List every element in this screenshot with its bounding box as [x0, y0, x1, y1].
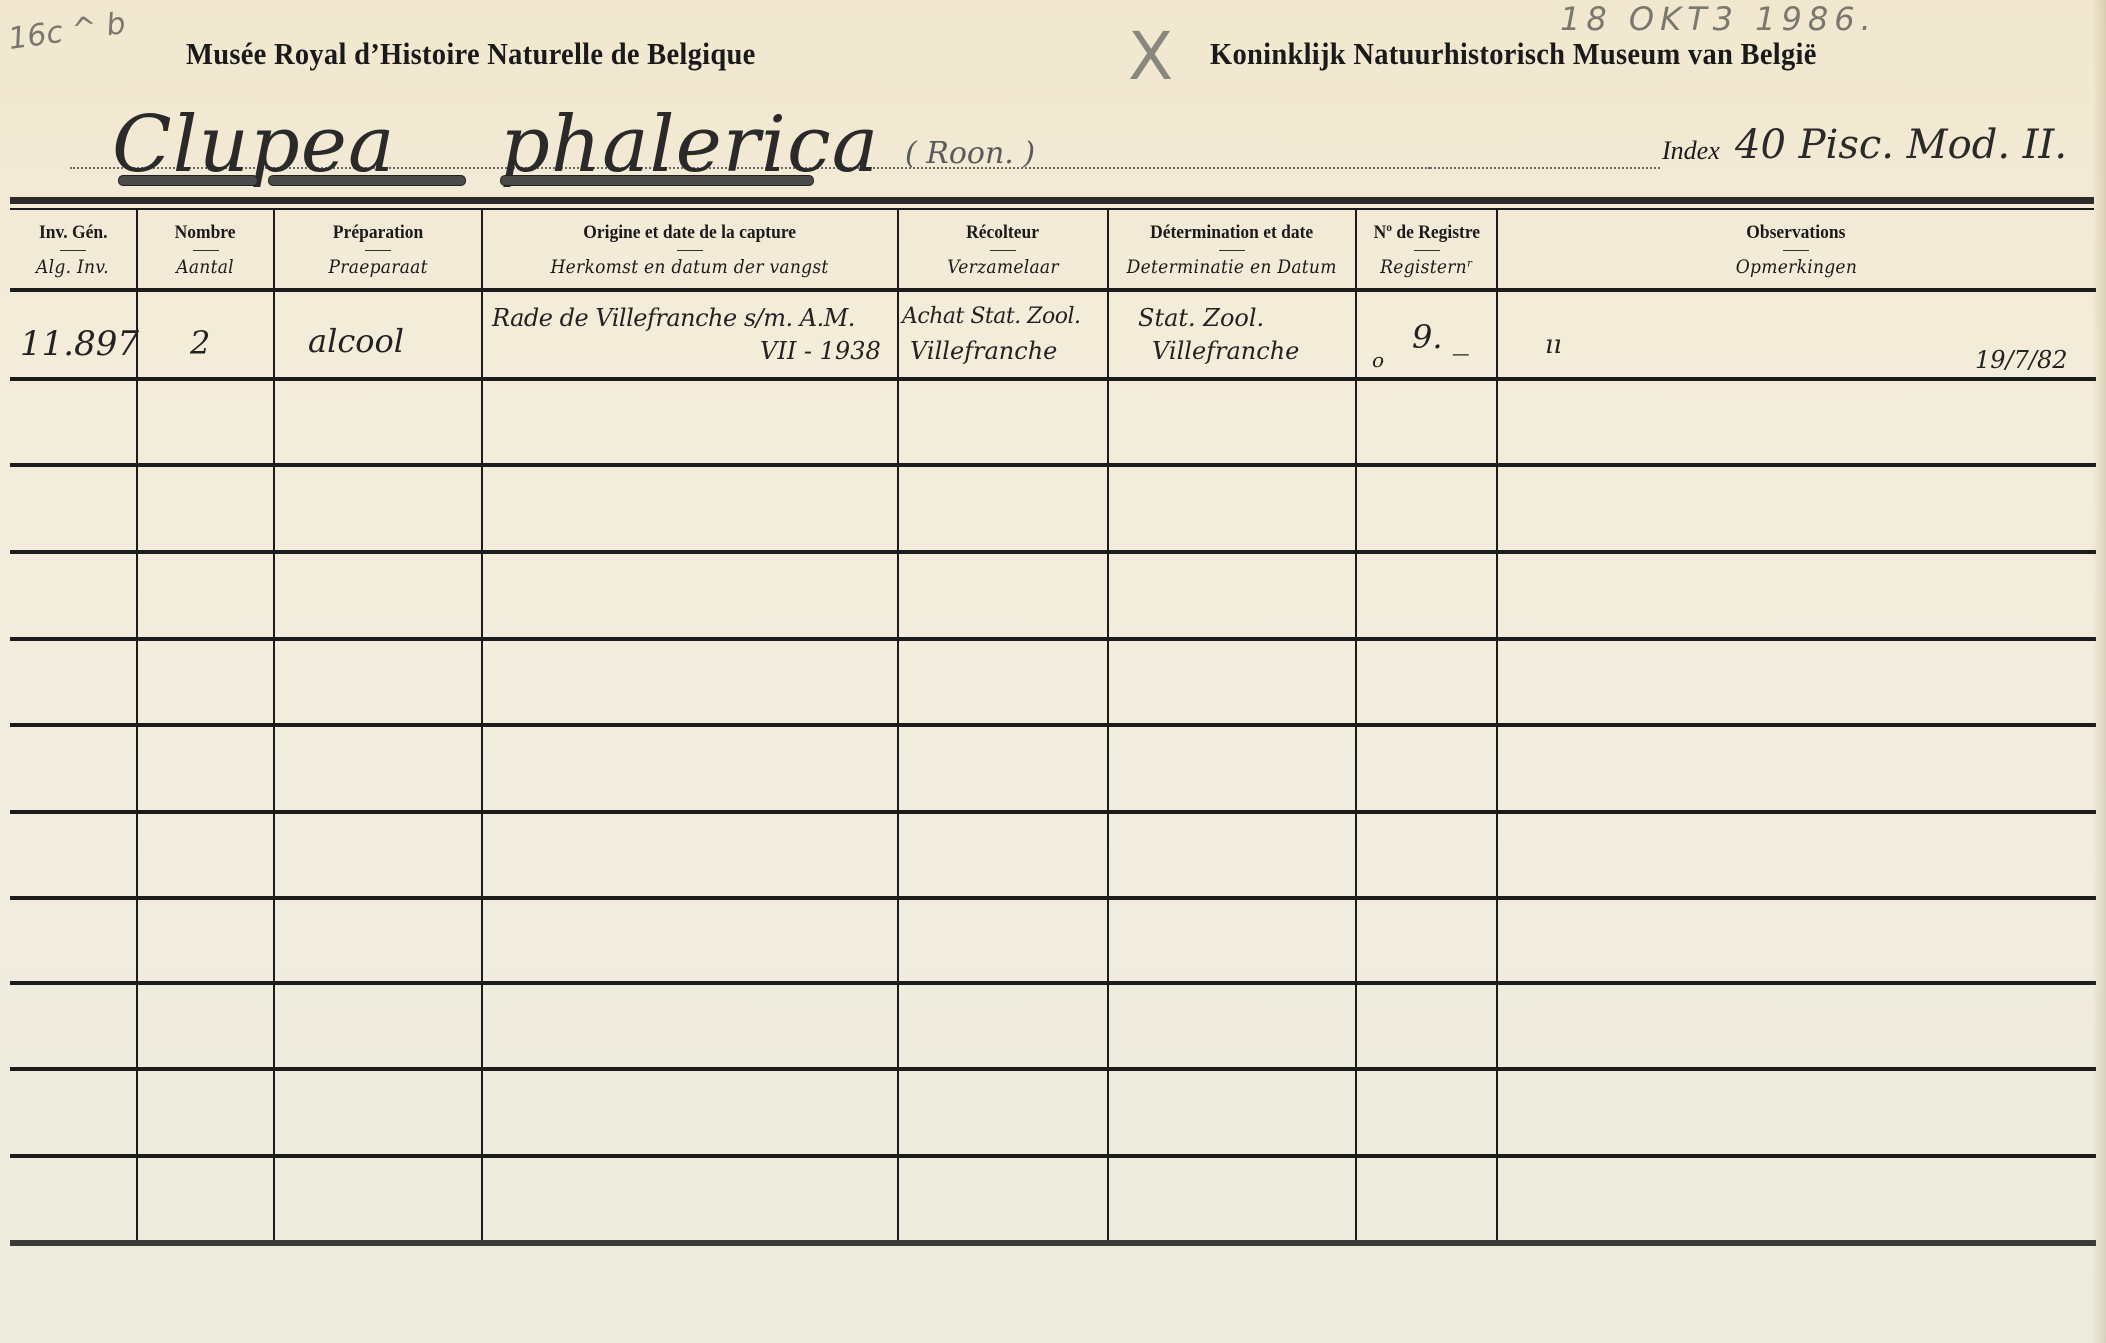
column-divider [481, 210, 483, 1244]
header-dash [1414, 250, 1440, 251]
header-dash [990, 250, 1016, 251]
column-header-nl: Registernʳ [1380, 256, 1473, 278]
row-divider [10, 723, 2096, 727]
column-divider [273, 210, 275, 1244]
cell-origine-line2: VII - 1938 [760, 337, 881, 365]
pencil-date-stamp: 18 OKT3 1986. [1560, 0, 1877, 38]
column-header-fr: Récolteur [967, 222, 1040, 244]
cell-registre-mark: o [1372, 348, 1384, 372]
column-header-recolteur: Récolteur Verzamelaar [899, 211, 1107, 288]
column-header-nl: Alg. Inv. [37, 256, 110, 278]
column-header-observations: Observations Opmerkingen [1498, 211, 2094, 288]
header-dash [60, 250, 86, 251]
species-dotted-line-tail [1430, 167, 1660, 169]
species-author: ( Roon. ) [905, 136, 1035, 171]
row-divider [10, 288, 2096, 292]
index-value: 40 Pisc. Mod. II. [1735, 122, 2067, 168]
column-divider [1355, 210, 1357, 1244]
column-header-fr: Préparation [333, 222, 423, 244]
column-header-fr: Nombre [175, 222, 236, 244]
row-divider [10, 637, 2096, 641]
genus-underline-1 [118, 175, 258, 186]
column-header-nombre: Nombre Aantal [138, 211, 273, 288]
cell-observations-date: 19/7/82 [1975, 346, 2068, 374]
index-label: Index [1662, 136, 1720, 166]
column-header-nl: Praeparaat [328, 256, 427, 278]
pencil-note-top-left: 16c ^ b [6, 6, 128, 57]
row-divider [10, 896, 2096, 900]
column-header-nl: Opmerkingen [1735, 256, 1856, 278]
column-divider [897, 210, 899, 1244]
row-divider [10, 550, 2096, 554]
cell-nombre: 2 [190, 324, 210, 362]
column-divider [1496, 210, 1498, 1244]
column-header-preparation: Préparation Praeparaat [275, 211, 481, 288]
specimen-index-card: 16c ^ b X 18 OKT3 1986. Musée Royal d’Hi… [0, 0, 2106, 1343]
column-divider [136, 210, 138, 1244]
column-header-nl: Verzamelaar [947, 256, 1059, 278]
row-divider [10, 1154, 2096, 1158]
table-bottom-rule [10, 1240, 2096, 1246]
header-dash [1219, 250, 1245, 251]
cell-determination-line1: Stat. Zool. [1138, 304, 1264, 332]
pencil-cross-mark: X [1128, 18, 1173, 95]
museum-title-dutch: Koninklijk Natuurhistorisch Museum van B… [1210, 36, 1817, 72]
cell-preparation: alcool [308, 322, 404, 360]
column-header-registre: Nº de Registre Registernʳ [1357, 211, 1496, 288]
row-divider [10, 981, 2096, 985]
epithet-underline [500, 175, 814, 186]
column-header-inv: Inv. Gén. Alg. Inv. [10, 211, 136, 288]
museum-title-french: Musée Royal d’Histoire Naturelle de Belg… [186, 36, 756, 72]
column-header-nl: Herkomst en datum der vangst [551, 256, 829, 278]
cell-inv: 11.897 [20, 324, 139, 364]
row-divider [10, 810, 2096, 814]
column-divider [1107, 210, 1109, 1244]
header-dash [677, 250, 703, 251]
column-header-fr: Inv. Gén. [39, 222, 107, 244]
cell-observations-mark: ıı [1545, 330, 1562, 360]
cell-recolteur-line1: Achat Stat. Zool. [902, 304, 1081, 329]
cell-origine-line1: Rade de Villefranche s/m. A.M. [492, 304, 855, 332]
column-header-origine: Origine et date de la capture Herkomst e… [483, 211, 897, 288]
column-header-nl: Aantal [177, 256, 235, 278]
header-dash [1783, 250, 1809, 251]
table-top-thin-rule [10, 208, 2094, 210]
header-dash [193, 250, 219, 251]
column-header-fr: Nº de Registre [1373, 222, 1479, 244]
row-divider [10, 377, 2096, 381]
cell-registre: 9. _ [1412, 318, 1469, 356]
cell-determination-line2: Villefranche [1152, 337, 1299, 365]
cell-recolteur-line2: Villefranche [910, 337, 1057, 365]
header-dash [365, 250, 391, 251]
column-header-determination: Détermination et date Determinatie en Da… [1109, 211, 1355, 288]
genus-underline-2 [268, 175, 466, 186]
column-header-fr: Origine et date de la capture [584, 222, 797, 244]
column-header-nl: Determinatie en Datum [1127, 256, 1337, 278]
column-header-fr: Observations [1746, 222, 1845, 244]
table-top-thick-rule [10, 197, 2094, 204]
row-divider [10, 1067, 2096, 1071]
column-header-fr: Détermination et date [1150, 222, 1313, 244]
row-divider [10, 463, 2096, 467]
